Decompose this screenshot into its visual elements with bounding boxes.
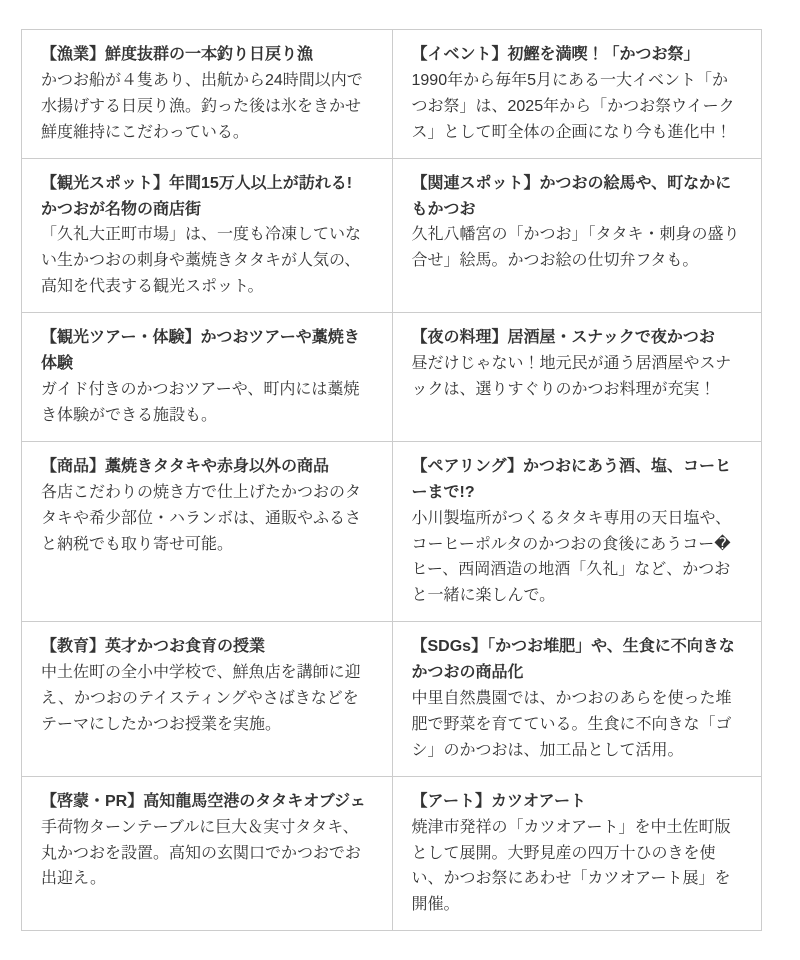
card-sdgs: 【SDGs】「かつお堆肥」や、生食に不向きなかつおの商品化 中里自然農園では、か… bbox=[392, 621, 762, 776]
card-title: 【啓蒙・PR】高知龍馬空港のタタキオブジェ bbox=[41, 789, 373, 815]
card-title: 【観光スポット】年間15万人以上が訪れる! かつおが名物の商店街 bbox=[41, 171, 373, 223]
card-art: 【アート】カツオアート 焼津市発祥の「カツオアート」を中土佐町版として展開。大野… bbox=[392, 776, 762, 931]
card-body: 1990年から毎年5月にある一大イベント「かつお祭」は、2025年から「かつお祭… bbox=[412, 68, 743, 146]
card-products: 【商品】藁焼きタタキや赤身以外の商品 各店こだわりの焼き方で仕上げたかつおのタタ… bbox=[22, 441, 392, 621]
card-title: 【アート】カツオアート bbox=[412, 789, 743, 815]
card-body: 焼津市発祥の「カツオアート」を中土佐町版として展開。大野見産の四万十ひのきを使い… bbox=[412, 815, 743, 919]
card-tour-experience: 【観光ツアー・体験】かつおツアーや藁焼き体験 ガイド付きのかつおツアーや、町内に… bbox=[22, 312, 392, 441]
card-related-spot: 【関連スポット】かつおの絵馬や、町なかにもかつお 久礼八幡宮の「かつお」「タタキ… bbox=[392, 158, 762, 313]
card-sightseeing-spot: 【観光スポット】年間15万人以上が訪れる! かつおが名物の商店街 「久礼大正町市… bbox=[22, 158, 392, 313]
card-body: 久礼八幡宮の「かつお」「タタキ・刺身の盛り合せ」絵馬。かつお絵の仕切弁フタも。 bbox=[412, 222, 743, 274]
card-title: 【イベント】初鰹を満喫！「かつお祭」 bbox=[412, 42, 743, 68]
card-night-food: 【夜の料理】居酒屋・スナックで夜かつお 昼だけじゃない！地元民が通う居酒屋やスナ… bbox=[392, 312, 762, 441]
card-title: 【関連スポット】かつおの絵馬や、町なかにもかつお bbox=[412, 171, 743, 223]
card-body: 昼だけじゃない！地元民が通う居酒屋やスナックは、選りすぐりのかつお料理が充実！ bbox=[412, 351, 743, 403]
card-body: ガイド付きのかつおツアーや、町内には藁焼き体験ができる施設も。 bbox=[41, 377, 373, 429]
katsuo-topics-table: 【漁業】鮮度抜群の一本釣り日戻り漁 かつお船が４隻あり、出航から24時間以内で水… bbox=[21, 29, 762, 931]
card-body: 小川製塩所がつくるタタキ専用の天日塩や、コーヒーポルタのかつおの食後にあうコー�… bbox=[412, 506, 743, 610]
card-title: 【ペアリング】かつおにあう酒、塩、コーヒーまで!? bbox=[412, 454, 743, 506]
card-pairing: 【ペアリング】かつおにあう酒、塩、コーヒーまで!? 小川製塩所がつくるタタキ専用… bbox=[392, 441, 762, 621]
card-title: 【商品】藁焼きタタキや赤身以外の商品 bbox=[41, 454, 373, 480]
card-title: 【教育】英才かつお食育の授業 bbox=[41, 634, 373, 660]
card-title: 【観光ツアー・体験】かつおツアーや藁焼き体験 bbox=[41, 325, 373, 377]
card-title: 【SDGs】「かつお堆肥」や、生食に不向きなかつおの商品化 bbox=[412, 634, 743, 686]
card-title: 【漁業】鮮度抜群の一本釣り日戻り漁 bbox=[41, 42, 373, 68]
card-fishing: 【漁業】鮮度抜群の一本釣り日戻り漁 かつお船が４隻あり、出航から24時間以内で水… bbox=[22, 30, 392, 158]
card-body: 手荷物ターンテーブルに巨大＆実寸タタキ、丸かつおを設置。高知の玄関口でかつおでお… bbox=[41, 815, 373, 893]
card-body: 「久礼大正町市場」は、一度も冷凍していない生かつおの刺身や藁焼きタタキが人気の、… bbox=[41, 222, 373, 300]
card-education: 【教育】英才かつお食育の授業 中土佐町の全小中学校で、鮮魚店を講師に迎え、かつお… bbox=[22, 621, 392, 776]
card-event: 【イベント】初鰹を満喫！「かつお祭」 1990年から毎年5月にある一大イベント「… bbox=[392, 30, 762, 158]
card-title: 【夜の料理】居酒屋・スナックで夜かつお bbox=[412, 325, 743, 351]
card-pr-airport: 【啓蒙・PR】高知龍馬空港のタタキオブジェ 手荷物ターンテーブルに巨大＆実寸タタ… bbox=[22, 776, 392, 931]
card-body: かつお船が４隻あり、出航から24時間以内で水揚げする日戻り漁。釣った後は氷をきか… bbox=[41, 68, 373, 146]
card-body: 中里自然農園では、かつおのあらを使った堆肥で野菜を育てている。生食に不向きな「ゴ… bbox=[412, 686, 743, 764]
card-body: 中土佐町の全小中学校で、鮮魚店を講師に迎え、かつおのテイスティングやさばきなどを… bbox=[41, 660, 373, 738]
card-body: 各店こだわりの焼き方で仕上げたかつおのタタキや希少部位・ハランボは、通販やふるさ… bbox=[41, 480, 373, 558]
